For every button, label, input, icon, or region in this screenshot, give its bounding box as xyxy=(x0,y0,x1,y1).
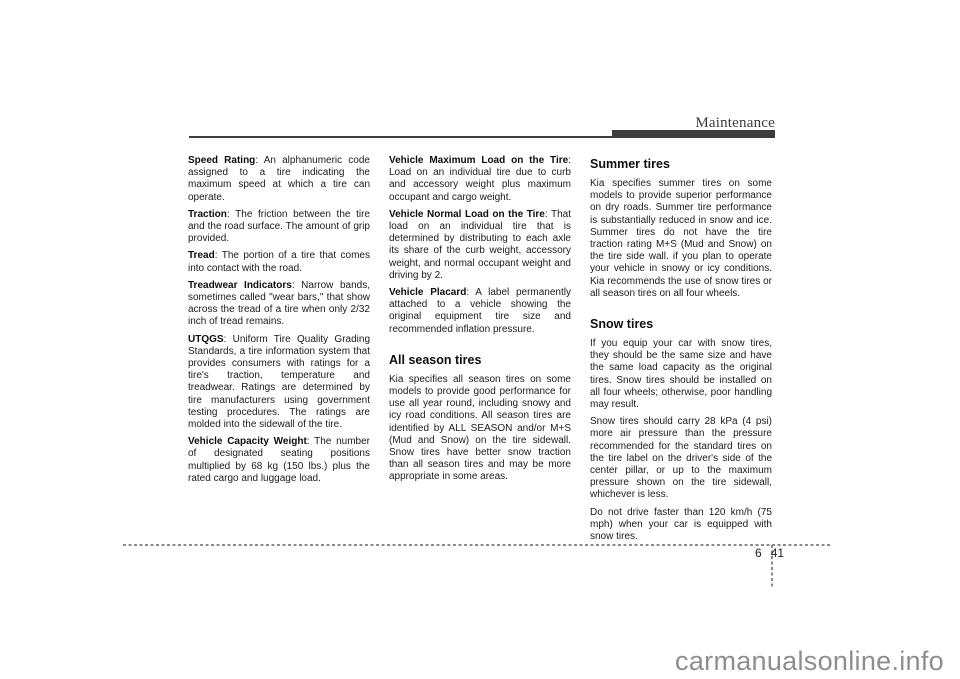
heading-snow-tires: Snow tires xyxy=(590,317,772,331)
definition-treadwear-indicators: Treadwear Indicators: Narrow bands, some… xyxy=(188,280,370,329)
column-definitions-2: Vehicle Maximum Load on the Tire: Load o… xyxy=(389,155,571,548)
definition-text: : The portion of a tire that comes into … xyxy=(188,250,370,273)
page-number-value: 41 xyxy=(771,546,784,560)
column-tires-info: Summer tires Kia specifies summer tires … xyxy=(590,155,772,548)
definition-vehicle-capacity-weight: Vehicle Capacity Weight: The number of d… xyxy=(188,436,370,485)
definition-term: Traction xyxy=(188,209,227,220)
chapter-number: 6 xyxy=(755,546,762,560)
heading-all-season-tires: All season tires xyxy=(389,353,571,367)
definition-term: Tread xyxy=(188,250,215,261)
heading-summer-tires: Summer tires xyxy=(590,157,772,171)
paragraph-snow-tires-3: Do not drive faster than 120 km/h (75 mp… xyxy=(590,507,772,544)
definition-text: : Uniform Tire Quality Grading Standards… xyxy=(188,334,370,430)
paragraph-all-season-tires: Kia specifies all season tires on some m… xyxy=(389,374,571,484)
header-rule-thick xyxy=(612,130,775,138)
definition-term: Speed Rating xyxy=(188,155,255,166)
manual-page: Maintenance Speed Rating: An alphanumeri… xyxy=(0,0,960,679)
definition-term: Vehicle Capacity Weight xyxy=(188,436,307,447)
definition-term: Vehicle Normal Load on the Tire xyxy=(389,209,545,220)
definition-traction: Traction: The friction between the tire … xyxy=(188,209,370,246)
definition-vehicle-maximum-load: Vehicle Maximum Load on the Tire: Load o… xyxy=(389,155,571,204)
definition-tread: Tread: The portion of a tire that comes … xyxy=(188,250,370,274)
definition-term: Treadwear Indicators xyxy=(188,280,292,291)
definition-term: UTQGS xyxy=(188,334,224,345)
definition-utqgs: UTQGS: Uniform Tire Quality Grading Stan… xyxy=(188,334,370,432)
watermark-text: carmanualsonline.info xyxy=(675,646,944,677)
paragraph-snow-tires-2: Snow tires should carry 28 kPa (4 psi) m… xyxy=(590,416,772,501)
column-definitions-1: Speed Rating: An alphanumeric code assig… xyxy=(188,155,370,548)
definition-vehicle-placard: Vehicle Placard: A label permanently att… xyxy=(389,287,571,336)
footer-dashed-rule xyxy=(123,544,832,546)
definition-term: Vehicle Maximum Load on the Tire xyxy=(389,155,568,166)
page-number: 6 41 xyxy=(755,546,784,560)
definition-speed-rating: Speed Rating: An alphanumeric code assig… xyxy=(188,155,370,204)
definition-vehicle-normal-load: Vehicle Normal Load on the Tire: That lo… xyxy=(389,209,571,282)
definition-term: Vehicle Placard xyxy=(389,287,466,298)
paragraph-snow-tires-1: If you equip your car with snow tires, t… xyxy=(590,338,772,411)
text-columns: Speed Rating: An alphanumeric code assig… xyxy=(188,155,774,548)
paragraph-summer-tires: Kia specifies summer tires on some model… xyxy=(590,178,772,300)
